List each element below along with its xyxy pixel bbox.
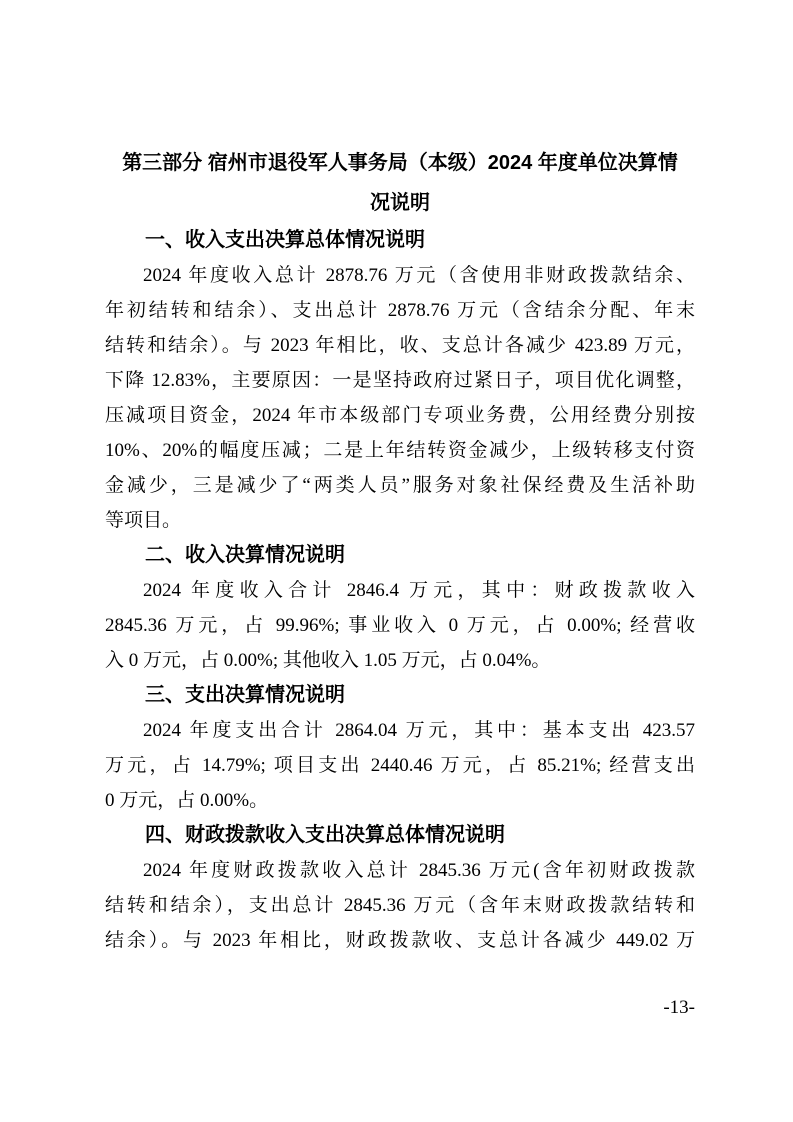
section-heading: 二、收入决算情况说明	[105, 538, 695, 573]
document-title: 第三部分 宿州市退役军人事务局（本级）2024 年度单位决算情 况说明	[105, 143, 695, 223]
section: 一、收入支出决算总体情况说明2024 年度收入总计 2878.76 万元（含使用…	[105, 223, 695, 538]
paragraph-line: 2024 年度支出合计 2864.04 万元，其中：基本支出 423.57	[105, 713, 695, 748]
paragraph-line: 万元，占 14.79%; 项目支出 2440.46 万元，占 85.21%; 经…	[105, 748, 695, 783]
section-heading: 三、支出决算情况说明	[105, 678, 695, 713]
title-line-1: 第三部分 宿州市退役军人事务局（本级）2024 年度单位决算情	[105, 143, 695, 183]
section-heading: 一、收入支出决算总体情况说明	[105, 223, 695, 258]
paragraph-line: 金减少，三是减少了“两类人员”服务对象社保经费及生活补助	[105, 468, 695, 503]
paragraph-line: 2024 年度收入合计 2846.4 万元，其中：财政拨款收入	[105, 573, 695, 608]
paragraph-line: 0 万元，占 0.00%。	[105, 783, 695, 818]
paragraph-line: 2024 年度收入总计 2878.76 万元（含使用非财政拨款结余、	[105, 258, 695, 293]
section: 三、支出决算情况说明2024 年度支出合计 2864.04 万元，其中：基本支出…	[105, 678, 695, 818]
paragraph-line: 结转和结余），支出总计 2845.36 万元（含年末财政拨款结转和	[105, 888, 695, 923]
paragraph-line: 结余）。与 2023 年相比，财政拨款收、支总计各减少 449.02 万	[105, 923, 695, 958]
paragraph-line: 入 0 万元，占 0.00%; 其他收入 1.05 万元，占 0.04%。	[105, 643, 695, 678]
paragraph-line: 2024 年度财政拨款收入总计 2845.36 万元(含年初财政拨款	[105, 853, 695, 888]
paragraph-line: 结转和结余）。与 2023 年相比，收、支总计各减少 423.89 万元，	[105, 328, 695, 363]
paragraph-line: 年初结转和结余）、支出总计 2878.76 万元（含结余分配、年末	[105, 293, 695, 328]
paragraph-line: 10%、20%的幅度压减；二是上年结转资金减少，上级转移支付资	[105, 433, 695, 468]
section: 二、收入决算情况说明2024 年度收入合计 2846.4 万元，其中：财政拨款收…	[105, 538, 695, 678]
paragraph-line: 压减项目资金，2024 年市本级部门专项业务费，公用经费分别按	[105, 398, 695, 433]
document-page: 第三部分 宿州市退役军人事务局（本级）2024 年度单位决算情 况说明 一、收入…	[0, 0, 793, 1122]
title-line-2: 况说明	[105, 183, 695, 223]
page-number: -13-	[105, 996, 695, 1020]
document-body: 一、收入支出决算总体情况说明2024 年度收入总计 2878.76 万元（含使用…	[105, 223, 695, 958]
section-heading: 四、财政拨款收入支出决算总体情况说明	[105, 818, 695, 853]
paragraph-line: 等项目。	[105, 503, 695, 538]
paragraph-line: 2845.36 万元，占 99.96%; 事业收入 0 万元，占 0.00%; …	[105, 608, 695, 643]
section: 四、财政拨款收入支出决算总体情况说明2024 年度财政拨款收入总计 2845.3…	[105, 818, 695, 958]
paragraph-line: 下降 12.83%，主要原因：一是坚持政府过紧日子，项目优化调整，	[105, 363, 695, 398]
